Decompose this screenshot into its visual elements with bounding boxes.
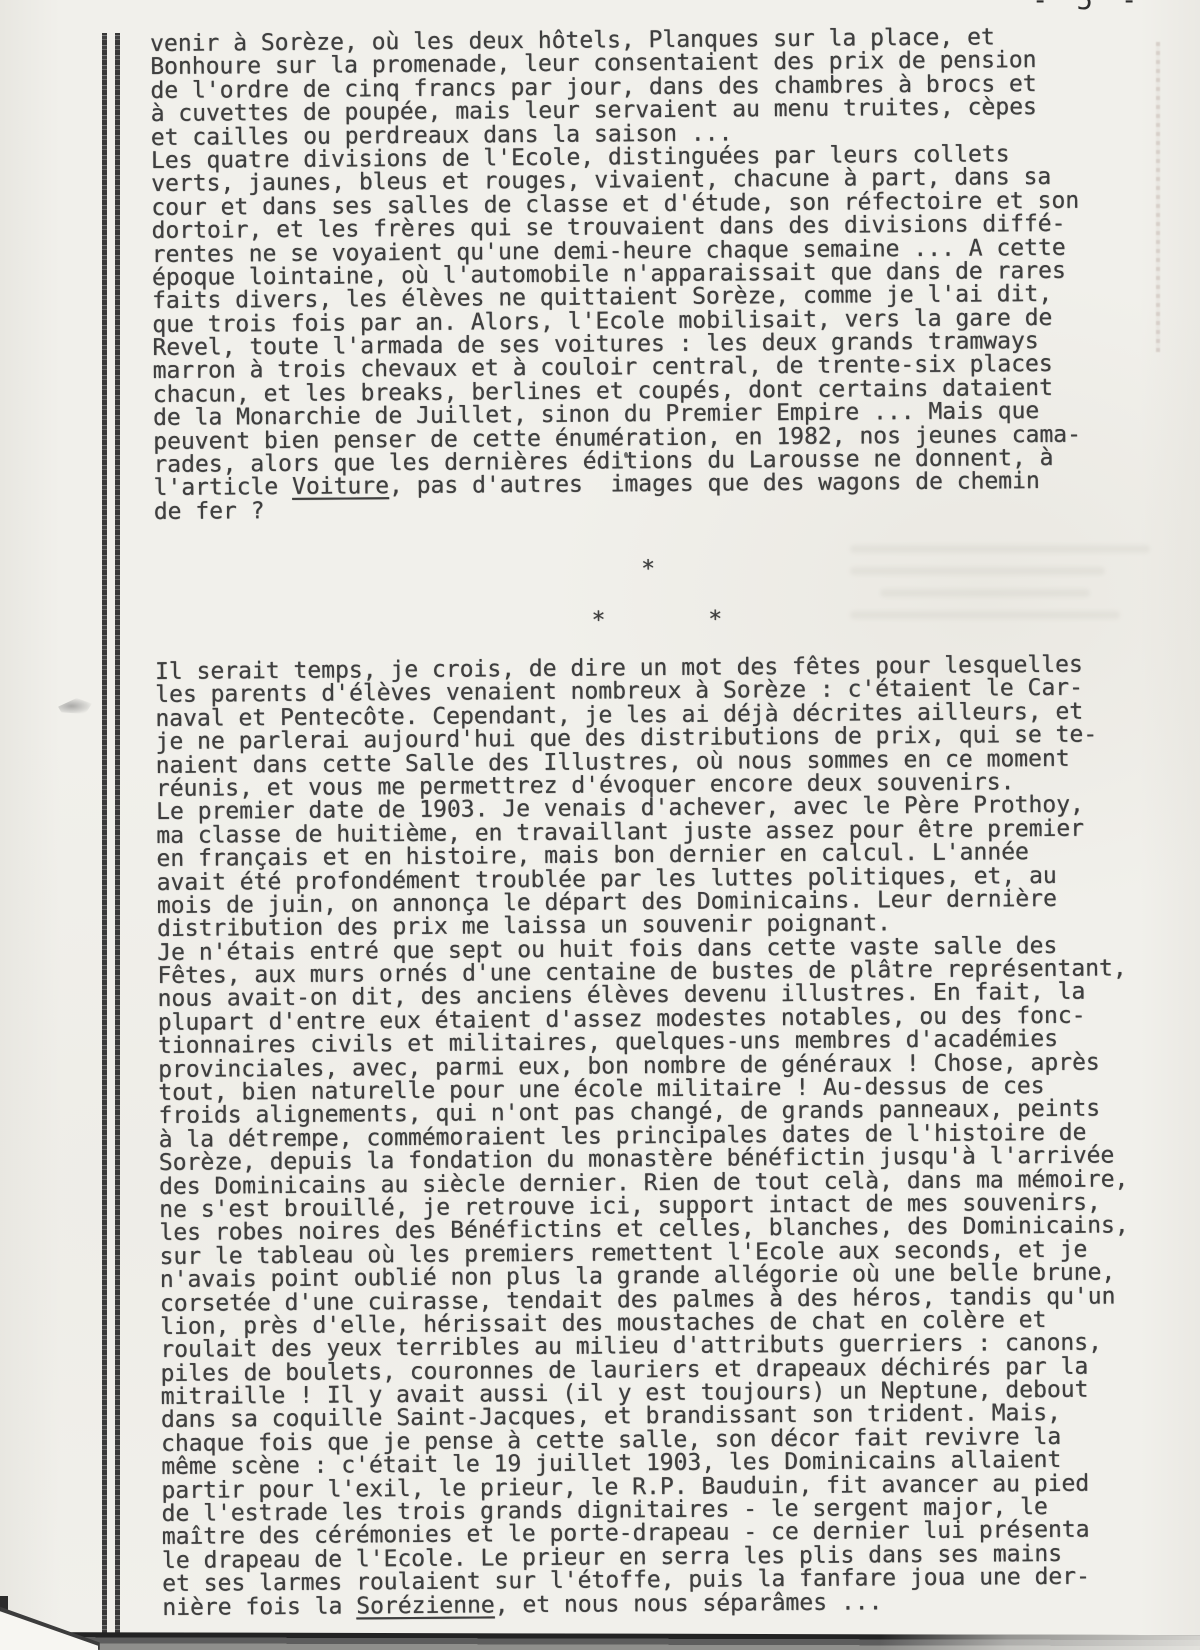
section-separator-single-star: * <box>154 554 1154 585</box>
stray-ink-dot <box>624 452 628 458</box>
binding-strip <box>100 33 124 1634</box>
binding-line-outer <box>102 33 107 1634</box>
binding-line-inner <box>115 33 120 1634</box>
page-number-text: - 5 - <box>1032 0 1152 15</box>
scanned-document-page: - 5 - venir à Sorèze, où les deux hôtels… <box>0 0 1200 1650</box>
typewritten-text: venir à Sorèze, où les deux hôtels, Plan… <box>150 25 1162 1620</box>
asterisk-glyph: * <box>592 607 606 633</box>
section-separator-star-pair: * * <box>155 605 1155 636</box>
bottom-scan-band-fade <box>880 1634 1200 1650</box>
asterisk-glyph: * <box>708 606 722 632</box>
paragraph-block-1: venir à Sorèze, où les deux hôtels, Plan… <box>150 25 1154 524</box>
asterisk-glyph: * <box>641 556 655 582</box>
margin-smudge <box>58 698 92 714</box>
page-number: - 5 - <box>1032 0 1152 15</box>
scan-edge-mark <box>1156 42 1160 352</box>
bottom-scan-band <box>0 1632 1200 1650</box>
paragraph-block-2: Il serait temps, je crois, de dire un mo… <box>155 653 1163 1620</box>
text-line: nière fois la Sorézienne, et nous nous s… <box>162 1589 1162 1620</box>
